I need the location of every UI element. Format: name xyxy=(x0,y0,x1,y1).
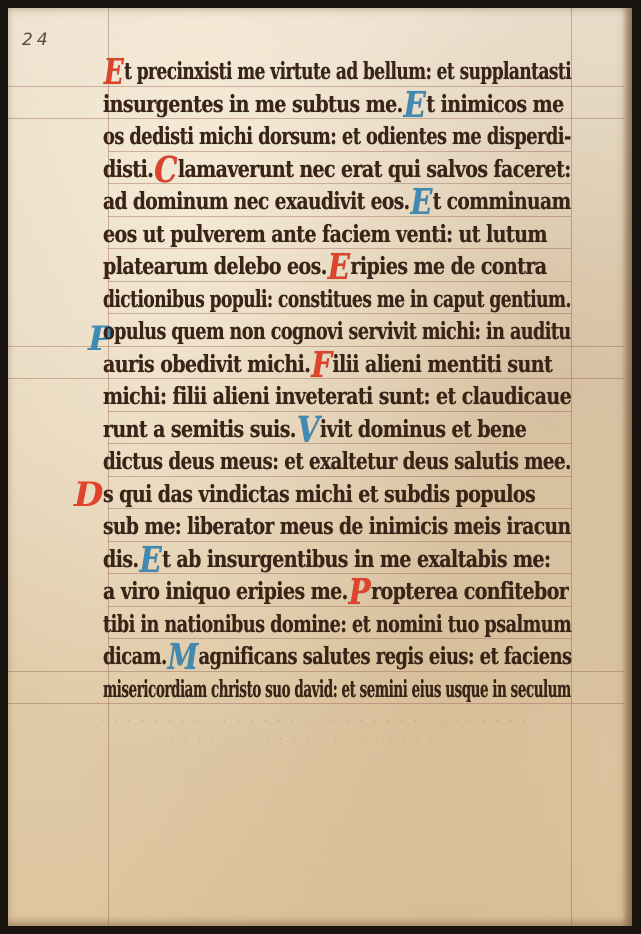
rubric-initial-e: E xyxy=(404,90,426,121)
text-line-20: misericordiam christo suo david: et semi… xyxy=(103,671,433,709)
rubric-initial-m: M xyxy=(168,643,198,674)
rubric-initial-e: E xyxy=(104,58,123,89)
rubric-initial-v: V xyxy=(297,415,319,446)
rubric-initial-p: P xyxy=(349,578,370,609)
psalm-text-block: Et precinxisti me virtute ad bellum: et … xyxy=(103,56,583,706)
rubric-initial-c: C xyxy=(154,155,177,186)
margin-initial-d: D xyxy=(74,478,103,512)
manuscript-photo: 24 P D Et precinxisti me virtute ad bell… xyxy=(0,0,641,934)
folio-number: 24 xyxy=(22,30,52,50)
rubric-initial-f: F xyxy=(311,350,331,381)
rubric-initial-e: E xyxy=(410,188,431,219)
page-edge-shadow xyxy=(622,8,632,926)
rubric-initial-e: E xyxy=(328,253,350,284)
show-through-text: · · · · · · · · · · · · · · · · · · · · … xyxy=(100,712,560,748)
rubric-initial-e: E xyxy=(139,545,161,576)
